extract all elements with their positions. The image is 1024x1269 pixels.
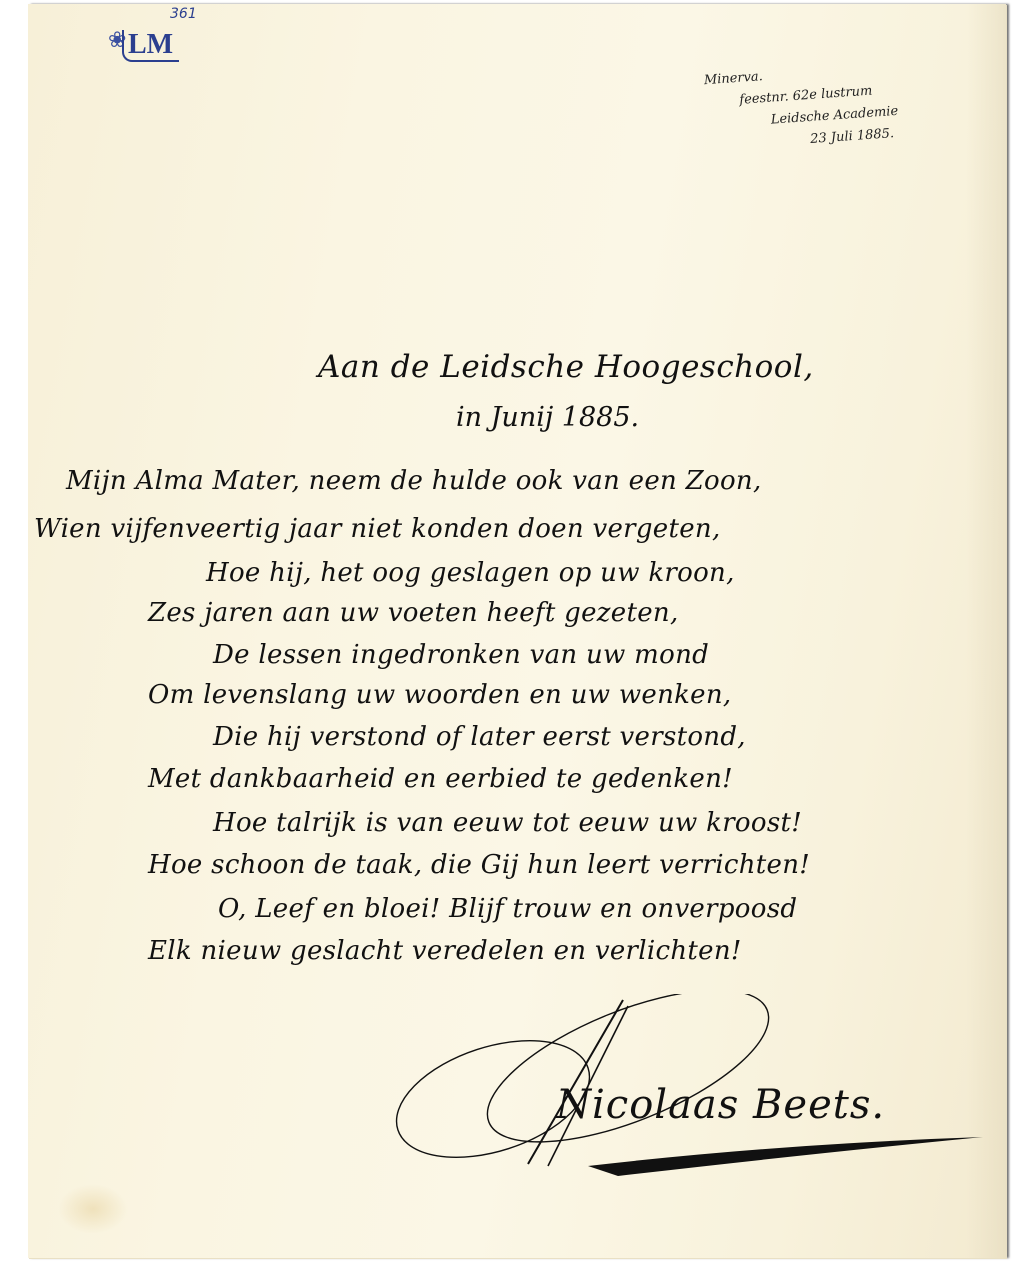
poem-line: Hoe hij, het oog geslagen op uw kroon, xyxy=(206,558,735,588)
poem-line: Die hij verstond of later eerst verstond… xyxy=(213,722,746,752)
letter-heading: Aan de Leidsche Hoogeschool, xyxy=(318,349,814,385)
stamp-letters: LM xyxy=(122,30,179,62)
poem-line: Om levenslang uw woorden en uw wenken, xyxy=(148,680,731,710)
poem-line: Wien vijfenveertig jaar niet konden doen… xyxy=(34,514,721,544)
poem-line: Mijn Alma Mater, neem de hulde ook van e… xyxy=(66,466,762,496)
archival-annotation: Minerva. feestnr. 62e lustrum Leidsche A… xyxy=(695,53,951,158)
poem-line: Hoe schoon de taak, die Gij hun leert ve… xyxy=(148,850,810,880)
document-sheet: ❀ LM 361 Minerva. feestnr. 62e lustrum L… xyxy=(28,4,1006,1258)
poem-line: O, Leef en bloei! Blijf trouw en onverpo… xyxy=(218,894,797,924)
letter-date: in Junij 1885. xyxy=(456,402,639,433)
shelfmark-number: 361 xyxy=(170,6,197,22)
poem-line: De lessen ingedronken van uw mond xyxy=(213,640,709,670)
poem-line: Zes jaren aan uw voeten heeft gezeten, xyxy=(148,598,679,628)
signature-name: Nicolaas Beets. xyxy=(556,1082,885,1128)
signature: Nicolaas Beets. xyxy=(388,994,1008,1184)
poem-line: Hoe talrijk is van eeuw tot eeuw uw kroo… xyxy=(213,808,802,838)
library-stamp: ❀ LM xyxy=(108,22,170,66)
poem-line: Elk nieuw geslacht veredelen en verlicht… xyxy=(148,936,742,966)
poem-line: Met dankbaarheid en eerbied te gedenken! xyxy=(148,764,733,794)
